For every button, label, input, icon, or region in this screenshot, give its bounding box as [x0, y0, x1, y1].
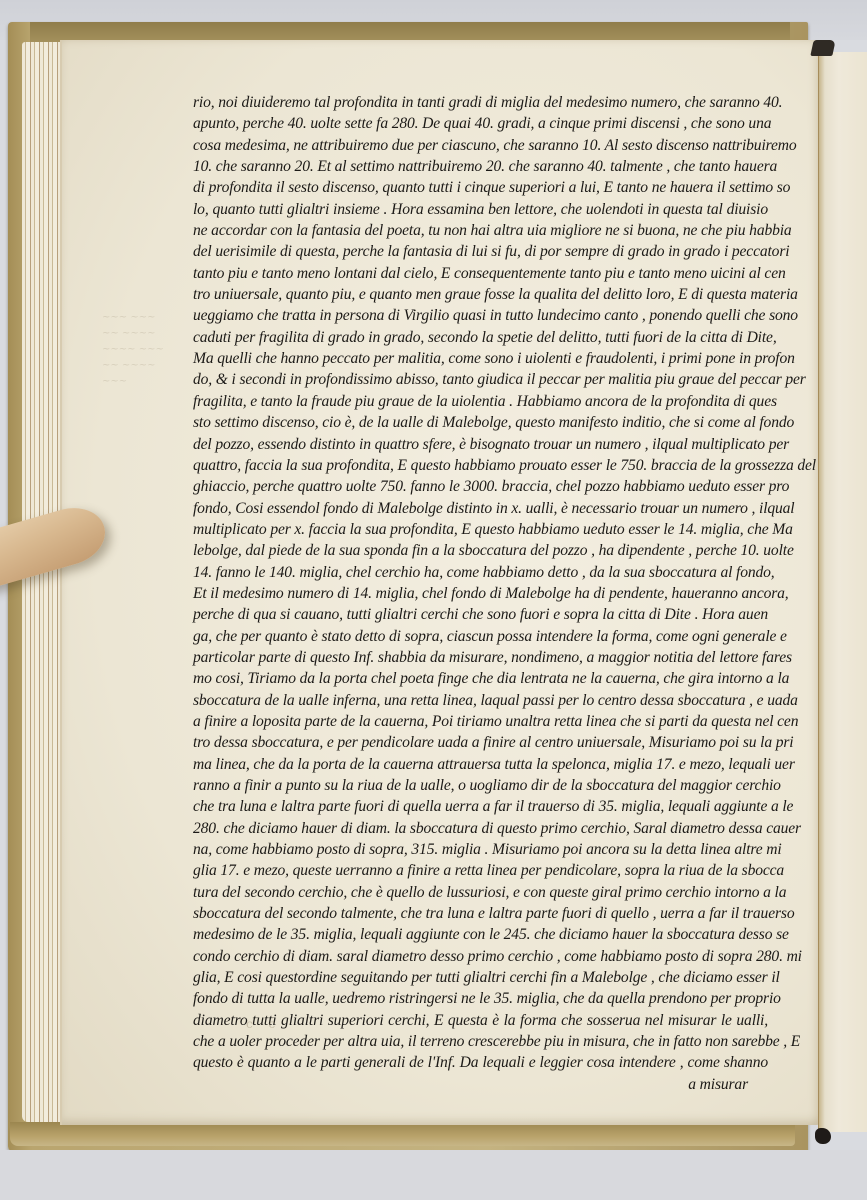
- text-line: mo cosi, Tiriamo da la porta chel poeta …: [193, 668, 768, 689]
- clasp-top: [810, 40, 835, 56]
- text-line: sboccatura del secondo talmente, che tra…: [193, 903, 768, 924]
- text-line: na, come habbiamo posto di sopra, 315. m…: [193, 839, 768, 860]
- text-line: perche di qua si cauano, tutti glialtri …: [193, 604, 768, 625]
- text-line: medesimo de le 35. miglia, lequali aggiu…: [193, 924, 768, 945]
- text-line: questo è quanto a le parti generali de l…: [193, 1052, 768, 1073]
- text-line: apunto, perche 40. uolte sette fa 280. D…: [193, 113, 768, 134]
- text-line: a finire a loposita parte de la cauerna,…: [193, 711, 768, 732]
- text-line: rio, noi diuideremo tal profondita in ta…: [193, 92, 768, 113]
- text-line: fondo di tutta la ualle, uedremo ristrin…: [193, 988, 768, 1009]
- text-line: fragilita, e tanto la fraude piu graue d…: [193, 391, 768, 412]
- text-line: condo cerchio di diam. saral diametro de…: [193, 946, 768, 967]
- text-line: glia, E cosi questordine seguitando per …: [193, 967, 768, 988]
- catchword: a misurar: [193, 1074, 768, 1095]
- text-line: ne accordar con la fantasia del poeta, t…: [193, 220, 768, 241]
- text-line: fondo, Cosi essendol fondo di Malebolge …: [193, 498, 768, 519]
- text-line: multiplicato per x. faccia la sua profon…: [193, 519, 768, 540]
- text-line: do, & i secondi in profondissimo abisso,…: [193, 369, 768, 390]
- clasp-bottom: [815, 1128, 831, 1144]
- text-line: glia 17. e mezo, queste uerranno a finir…: [193, 860, 768, 881]
- text-line: di profondita il sesto discenso, quanto …: [193, 177, 768, 198]
- text-line: cosa medesima, ne attribuiremo due per c…: [193, 135, 768, 156]
- text-line: del pozzo, essendo distinto in quattro s…: [193, 434, 768, 455]
- text-line: tro dessa sboccatura, e per pendicolare …: [193, 732, 768, 753]
- text-line: Ma quelli che hanno peccato per malitia,…: [193, 348, 768, 369]
- text-line: caduti per fragilita di grado in grado, …: [193, 327, 768, 348]
- text-line: sboccatura de la ualle inferna, una rett…: [193, 690, 768, 711]
- show-through-marginalia: ~~~ ~~~~~ ~~~~~~~~ ~~~~~ ~~~~~~~: [102, 310, 172, 410]
- text-line: 280. che diciamo hauer di diam. la sbocc…: [193, 818, 768, 839]
- binding-bottom-edge: [10, 1122, 795, 1146]
- text-line: 10. che saranno 20. Et al settimo nattri…: [193, 156, 768, 177]
- text-line: Et il medesimo numero di 14. miglia, che…: [193, 583, 768, 604]
- text-line: particolar parte di questo Inf. shabbia …: [193, 647, 768, 668]
- text-line: che a uoler proceder per altra uia, il t…: [193, 1031, 768, 1052]
- text-line: sto settimo discenso, cio è, de la ualle…: [193, 412, 768, 433]
- facing-page-edge: [818, 52, 867, 1132]
- text-line: lo, quanto tutti glialtri insieme . Hora…: [193, 199, 768, 220]
- text-line: ga, che per quanto è stato detto di sopr…: [193, 626, 768, 647]
- page-text-block: rio, noi diuideremo tal profondita in ta…: [193, 92, 768, 1095]
- text-line: tura del secondo cerchio, che è quello d…: [193, 882, 768, 903]
- text-line: ghiaccio, perche quattro uolte 750. fann…: [193, 476, 768, 497]
- text-line: ranno a finir a punto su la riua de la u…: [193, 775, 768, 796]
- text-line: quattro, faccia la sua profondita, E que…: [193, 455, 768, 476]
- text-line: tanto piu e tanto meno lontani dal cielo…: [193, 263, 768, 284]
- text-line: del uerisimile di questa, perche la fant…: [193, 241, 768, 262]
- text-line: lebolge, dal piede de la sua sponda fin …: [193, 540, 768, 561]
- text-line: ueggiamo che tratta in persona di Virgil…: [193, 305, 768, 326]
- text-line: ma linea, che da la porta de la cauerna …: [193, 754, 768, 775]
- background-bottom: [0, 1150, 867, 1200]
- text-line: 14. fanno le 140. miglia, chel cerchio h…: [193, 562, 768, 583]
- signature-mark: c c: [246, 1017, 281, 1031]
- text-line: tro uniuersale, quanto piu, e quanto men…: [193, 284, 768, 305]
- text-line: che tra luna e laltra parte fuori di que…: [193, 796, 768, 817]
